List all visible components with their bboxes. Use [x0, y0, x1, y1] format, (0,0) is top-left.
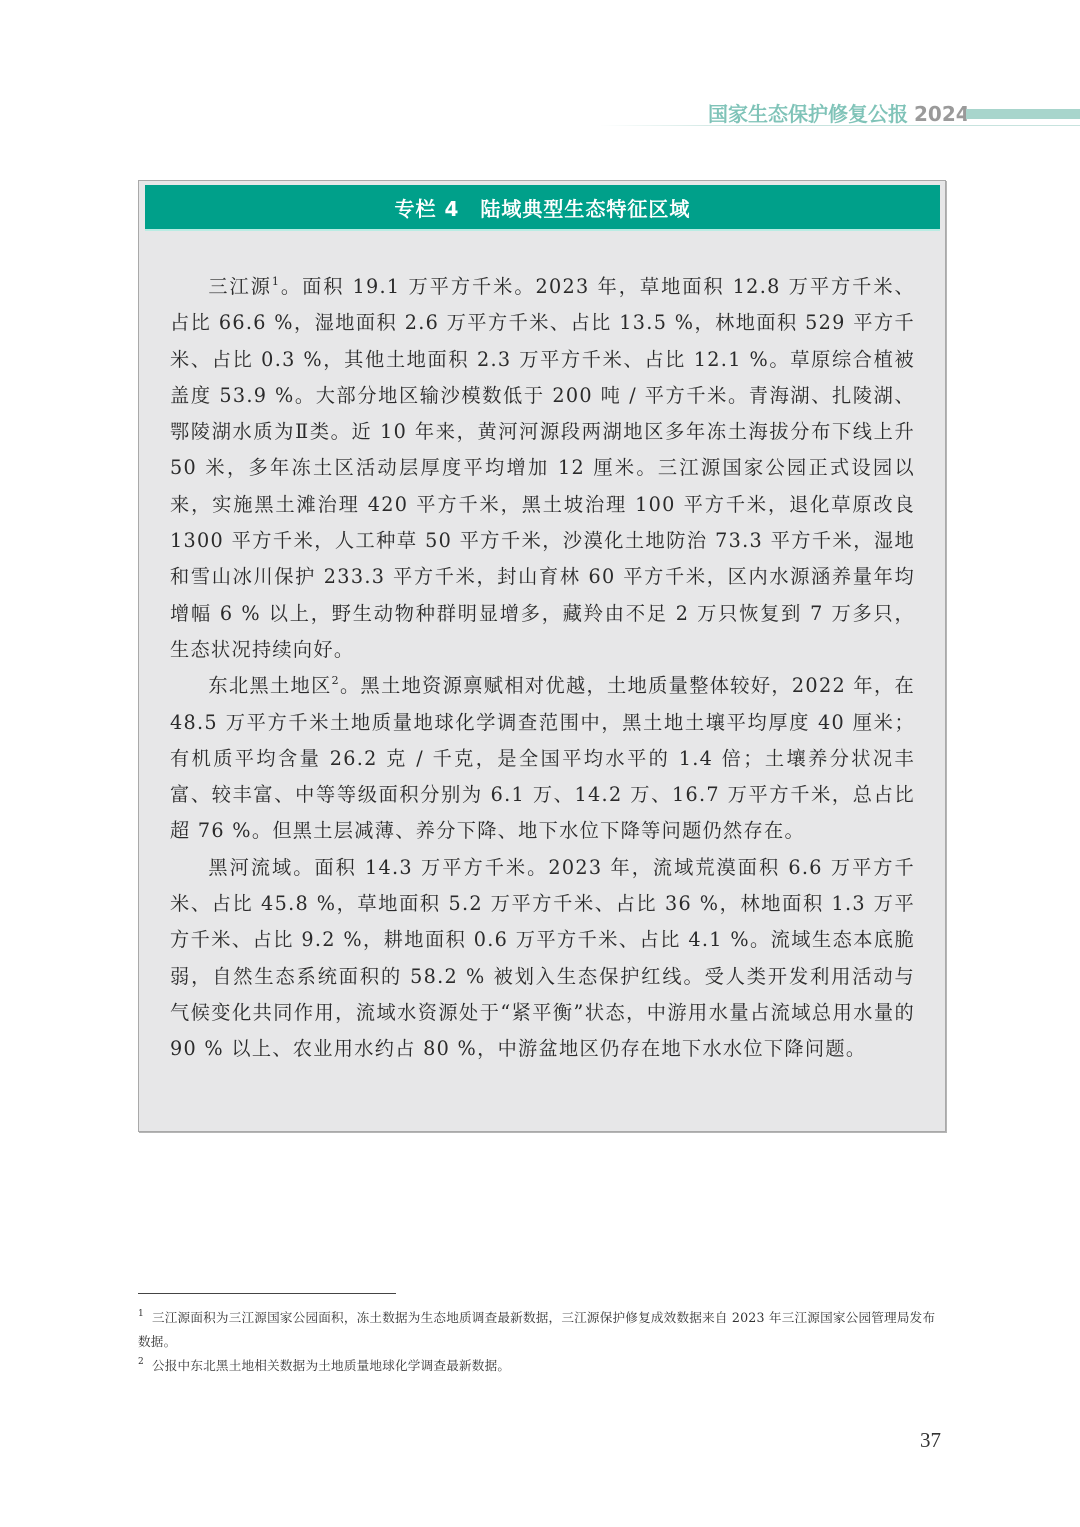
sidebar-box: 专栏 4 陆域典型生态特征区域 三江源1。面积 19.1 万平方千米。2023 …	[138, 180, 946, 1132]
footnote-text: 三江源面积为三江源国家公园面积，冻土数据为生态地质调查最新数据，三江源保护修复成…	[138, 1310, 935, 1349]
paragraph-lead: 三江源	[208, 275, 272, 298]
paragraph-lead: 黑河流域	[208, 856, 293, 879]
footnote-ref-2[interactable]: 2	[332, 674, 340, 687]
box-body: 三江源1。面积 19.1 万平方千米。2023 年，草地面积 12.8 万平方千…	[170, 269, 915, 1068]
report-title-text: 国家生态保护修复公报	[708, 102, 908, 126]
paragraph-heihe-basin: 黑河流域。面积 14.3 万平方千米。2023 年，流域荒漠面积 6.6 万平方…	[170, 850, 915, 1068]
paragraph-lead: 东北黑土地区	[208, 674, 331, 697]
footnote-marker: 2	[138, 1357, 144, 1367]
footnote-1: 1三江源面积为三江源国家公园面积，冻土数据为生态地质调查最新数据，三江源保护修复…	[138, 1306, 948, 1354]
paragraph-text: 。面积 19.1 万平方千米。2023 年，草地面积 12.8 万平方千米、占比…	[170, 275, 915, 661]
report-title: 国家生态保护修复公报2024	[708, 98, 970, 127]
box-title: 专栏 4 陆域典型生态特征区域	[395, 193, 691, 222]
paragraph-northeast-black-soil: 东北黑土地区2。黑土地资源禀赋相对优越，土地质量整体较好，2022 年，在 48…	[170, 668, 915, 849]
footnote-text: 公报中东北黑土地相关数据为土地质量地球化学调查最新数据。	[152, 1358, 510, 1373]
footnote-marker: 1	[138, 1309, 144, 1319]
footnotes: 1三江源面积为三江源国家公园面积，冻土数据为生态地质调查最新数据，三江源保护修复…	[138, 1306, 948, 1378]
paragraph-text: 。面积 14.3 万平方千米。2023 年，流域荒漠面积 6.6 万平方千米、占…	[170, 856, 915, 1060]
paragraph-text: 。黑土地资源禀赋相对优越，土地质量整体较好，2022 年，在 48.5 万平方千…	[170, 674, 915, 842]
page-number: 37	[920, 1428, 941, 1453]
paragraph-sanjiangyuan: 三江源1。面积 19.1 万平方千米。2023 年，草地面积 12.8 万平方千…	[170, 269, 915, 668]
footnote-ref-1[interactable]: 1	[272, 275, 280, 288]
report-year: 2024	[914, 102, 970, 126]
box-title-bar: 专栏 4 陆域典型生态特征区域	[145, 185, 940, 231]
footnote-2: 2公报中东北黑土地相关数据为土地质量地球化学调查最新数据。	[138, 1354, 948, 1378]
running-header: 国家生态保护修复公报2024	[0, 96, 1080, 130]
header-divider	[600, 125, 1080, 126]
header-accent-bar	[966, 109, 1080, 119]
footnote-divider	[138, 1293, 396, 1294]
